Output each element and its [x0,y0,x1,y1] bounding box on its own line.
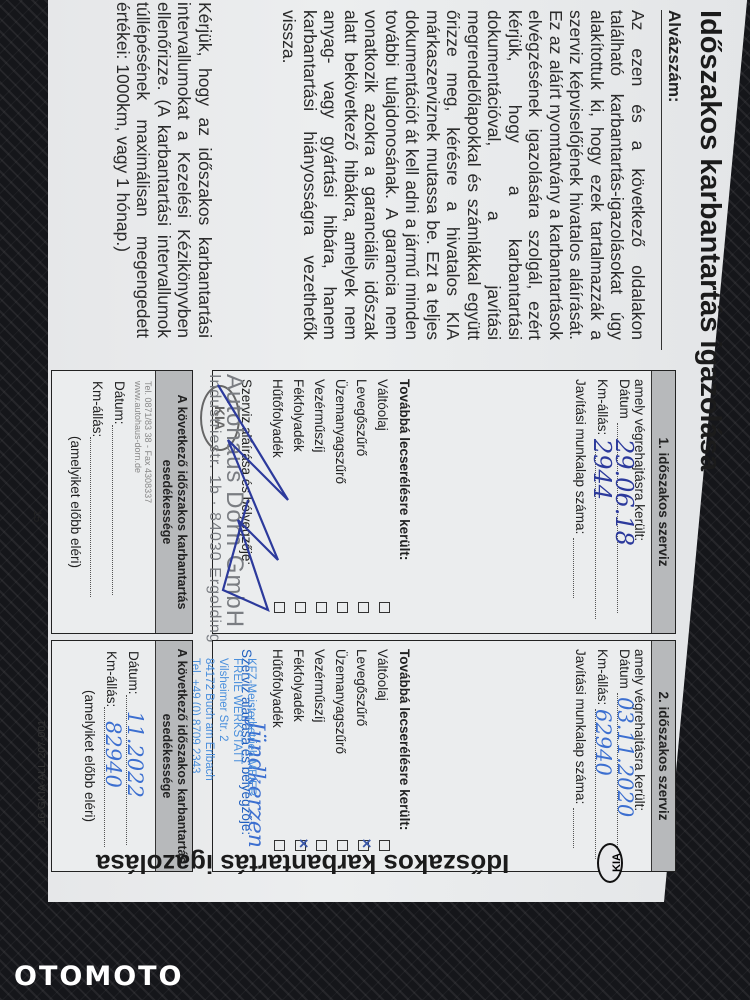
service-1-date-row: Dátum 29.06.18 [610,379,632,625]
service-2-date-label: Dátum [617,649,632,689]
service-1-worksheet-label: Javítási munkalap száma: [573,379,588,534]
page-title: Időszakos karbantartás igazolása [693,10,726,471]
service-2-km-label: Km-állás: [595,649,610,705]
service-2-next-km-label: Km-állás: [104,651,119,707]
service-2-item: Levegőszűrő [348,649,369,863]
service-1-box: 1. időszakos szerviz amely végrehajtásra… [414,370,676,634]
service-1-km-row: Km-állás: 2944 [588,379,610,625]
otomoto-watermark: OTOMOTO [14,961,184,992]
stamp-line: FREIE WERKSTATT [230,658,244,796]
vin-label: Alvázszám: [664,10,684,103]
service-2-item: Váltóolaj [369,649,390,863]
stamp-line: Vilsheimer Str. 2 [216,658,230,796]
page-number: 15 [31,510,43,522]
item-label: Vezérműszíj [312,379,327,453]
service-2-box: 2. időszakos szerviz amely végrehajtásra… [414,640,676,872]
service-1-stamp-contact: Tel. 0871/83 38 - Fax 4308337 www.autoha… [131,371,155,633]
service-2-km-row: Km-állás: 62940 [588,649,610,863]
service-1-item: Vezérműszíj [306,379,327,625]
service-2-next-header: A következő időszakos karbantartás esedé… [155,641,192,871]
stamp-line: 84172 Buch am Erlbach [202,658,216,796]
vin-underline [661,10,662,350]
item-label: Vezérműszíj [312,649,327,723]
service-1-header: 1. időszakos szerviz [651,371,675,633]
footer-code: 16-GKIA-ALL-207-001 [36,720,48,824]
service-1-km-value: 2944 [588,439,616,500]
service-2-item: Fékfolyadék [285,649,306,863]
item-label: Üzemanyagszűrő [333,649,348,754]
service-2-replaced-title: Továbbá lecserélésre került: [390,649,412,863]
service-2-worksheet-row: Javítási munkalap száma: [566,649,588,863]
service-2-date-value: 03.11.2020 [613,697,637,817]
service-1-next-km-label: Km-állás: [90,381,105,437]
service-2-item: Üzemanyagszűrő [327,649,348,863]
service-2-next-box: A következő időszakos karbantartás esedé… [51,640,193,872]
item-label: Hűtőfolyadék [270,649,285,728]
item-label: Üzemanyagszűrő [333,379,348,484]
service-1-km-label: Km-állás: [595,379,610,435]
service-2-next-header-line2: esedékessége [159,641,174,871]
service-1-next-header: A következő időszakos karbantartás esedé… [155,371,192,633]
item-label: Levegőszűrő [354,379,369,456]
service-1-next-note: (amelyiket előbb eléri) [68,381,83,623]
service-2-next-km-row: Km-állás: 82940 [97,651,119,861]
service-1-date-label: Dátum [617,379,632,419]
service-1-replaced-title: Továbbá lecserélésre került: [390,379,412,625]
service-1-worksheet-row: Javítási munkalap száma: [566,379,588,625]
intro-paragraph: Az ezen és a következő oldalakon találha… [279,10,648,340]
service-2-worksheet-label: Javítási munkalap száma: [573,649,588,804]
checkbox[interactable] [316,602,327,613]
stamp-phone: Tel. 0871/83 38 - Fax 4308337 [143,381,153,623]
checkbox[interactable] [379,602,390,613]
rotated-sheet: Időszakos karbantartás igazolása Alvázsz… [48,0,738,890]
service-2-header: 2. időszakos szerviz [651,641,675,871]
item-label: Váltóolaj [375,649,390,701]
interval-paragraph: Kérjük, hogy az időszakos karbantartási … [113,2,216,338]
checkbox[interactable] [358,602,369,613]
item-label: Fékfolyadék [291,649,306,722]
item-label: Levegőszűrő [354,649,369,726]
service-1-next-date-row: Dátum: [105,381,127,623]
service-2-items: VáltóolajLevegőszűrőÜzemanyagszűrőVezérm… [264,649,390,863]
service-2-item: Vezérműszíj [306,649,327,863]
service-1-next-box: A következő időszakos karbantartás esedé… [51,370,193,634]
stamp-line: KFZ-Meisterbetrieb MEIER [244,658,258,796]
service-1-signature [208,380,298,630]
service-1-item: Levegőszűrő [348,379,369,625]
right-page-title: Időszakos karbantartás igazolása [96,848,509,879]
service-1-next-date-label: Dátum: [112,381,127,425]
checkbox[interactable] [337,602,348,613]
service-1-item: Váltóolaj [369,379,390,625]
service-2-next-note: (amelyiket előbb eléri) [82,651,97,861]
service-2-next-date-label: Dátum: [126,651,141,695]
service-2-km-value: 62940 [591,709,615,776]
service-2-next-km-value: 82940 [101,721,125,788]
item-label: Váltóolaj [375,379,390,431]
stamp-web: www.autohaus-dorn.de [133,381,143,623]
service-2-next-date-value: 11.2022 [123,711,147,798]
service-1-item: Üzemanyagszűrő [327,379,348,625]
service-1-next-km-row: Km-állás: [83,381,105,623]
kia-logo: KIA [597,843,623,883]
service-2-next-header-line1: A következő időszakos karbantartás [174,641,189,871]
service-1-next-header-line1: A következő időszakos karbantartás [174,371,189,633]
service-1-next-header-line2: esedékessége [159,371,174,633]
